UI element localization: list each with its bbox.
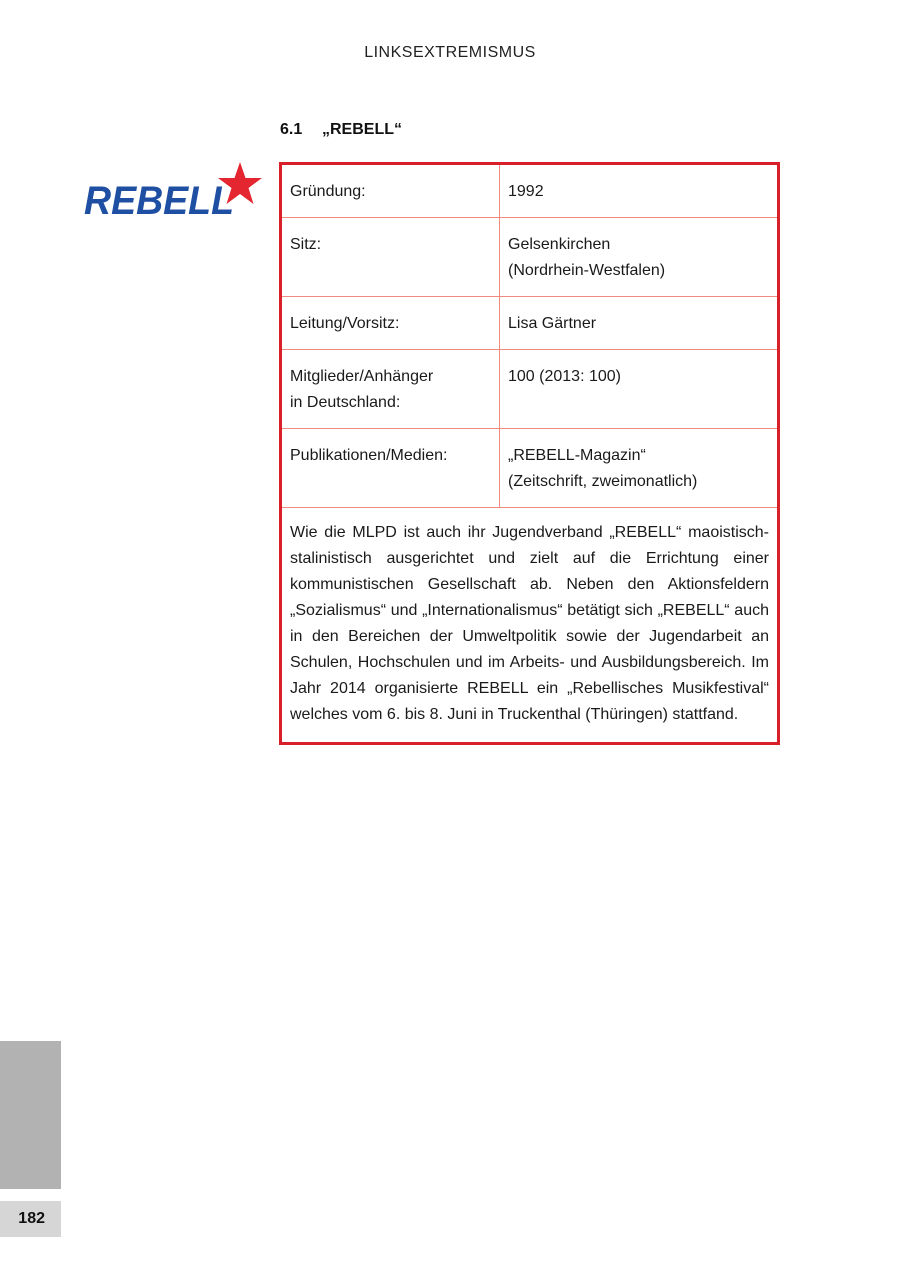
table-row: Gründung: 1992: [282, 165, 777, 218]
table-row: Publikationen/Medien: „REBELL-Magazin“ (…: [282, 429, 777, 508]
row-value-seat: Gelsenkirchen (Nordrhein-Westfalen): [500, 218, 778, 297]
running-header: LINKSEXTREMISMUS: [0, 44, 900, 62]
chapter-side-tab: [0, 1041, 61, 1189]
table-row: Leitung/Vorsitz: Lisa Gärtner: [282, 297, 777, 350]
page-number: 182: [0, 1201, 61, 1237]
row-value-founding: 1992: [500, 165, 778, 218]
row-label-seat: Sitz:: [282, 218, 500, 297]
section-number: 6.1: [280, 121, 322, 139]
fact-box: Gründung: 1992 Sitz: Gelsenkirchen (Nord…: [279, 162, 780, 745]
table-row: Sitz: Gelsenkirchen (Nordrhein-Westfalen…: [282, 218, 777, 297]
row-value-leadership: Lisa Gärtner: [500, 297, 778, 350]
section-heading: 6.1„REBELL“: [280, 121, 402, 139]
rebell-logo-graphic: REBELL: [82, 160, 264, 222]
section-title: „REBELL“: [322, 121, 402, 138]
fact-table: Gründung: 1992 Sitz: Gelsenkirchen (Nord…: [282, 165, 777, 508]
row-label-leadership: Leitung/Vorsitz:: [282, 297, 500, 350]
row-label-founding: Gründung:: [282, 165, 500, 218]
description-text: Wie die MLPD ist auch ihr Jugendverband …: [282, 508, 777, 742]
table-row: Mitglieder/Anhänger in Deutschland: 100 …: [282, 350, 777, 429]
row-label-members: Mitglieder/Anhänger in Deutschland:: [282, 350, 500, 429]
row-value-members: 100 (2013: 100): [500, 350, 778, 429]
logo-wordmark: REBELL: [84, 179, 234, 222]
row-value-publications: „REBELL-Magazin“ (Zeitschrift, zweimonat…: [500, 429, 778, 508]
rebell-logo: REBELL: [82, 160, 264, 222]
row-label-publications: Publikationen/Medien:: [282, 429, 500, 508]
